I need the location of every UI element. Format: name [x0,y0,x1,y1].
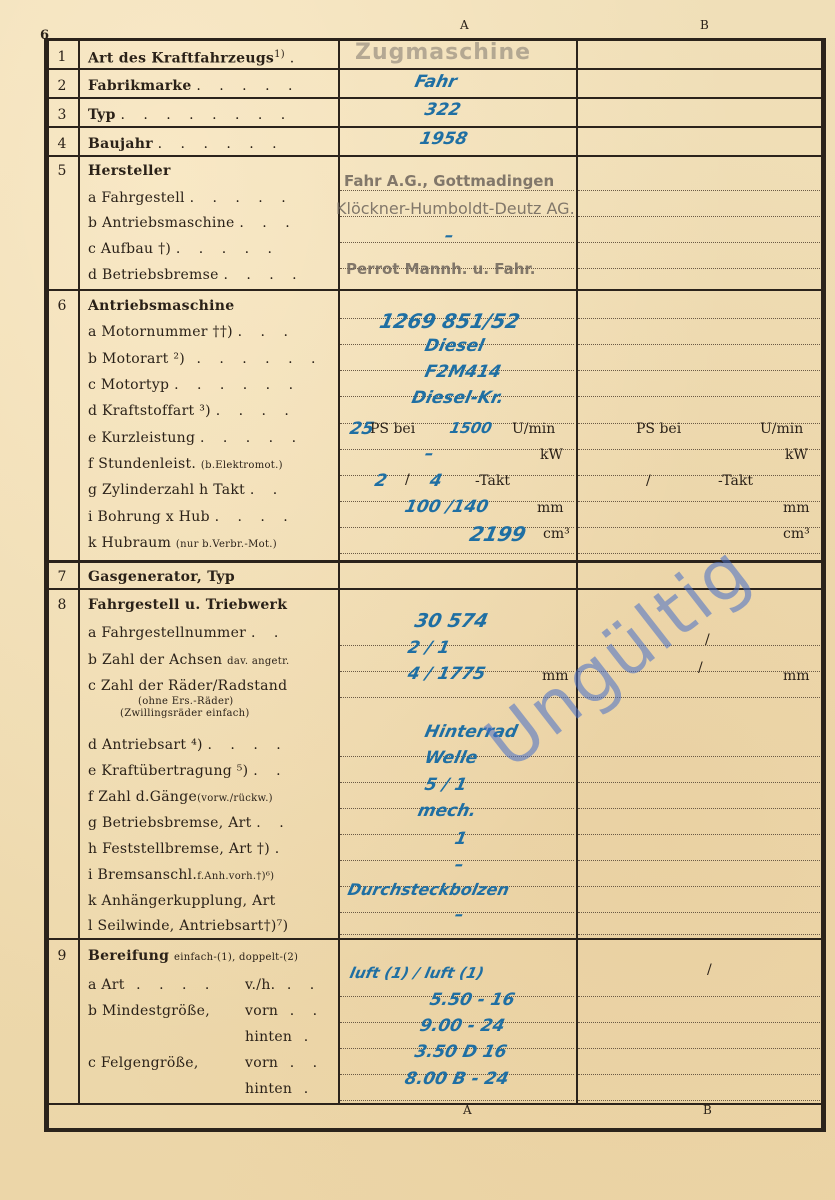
label-mindest-vorn: vorn . . [245,1003,324,1019]
dotted-rule [340,449,574,450]
unit-ps-bei: PS bei [370,421,415,437]
row-number: 8 [50,597,74,613]
value-fahrgestellnummer: 30 574 [413,610,490,632]
value-motornummer: 1269 851/52 [377,309,522,333]
dotted-rule [578,190,820,191]
row-number: 7 [50,569,74,585]
b-slash-raeder: / [698,660,703,676]
unit-kw: kW [540,447,563,463]
label-betriebsbremse: d Betriebsbremse . . . . [88,267,304,283]
label-fahrgestellnummer: a Fahrgestellnummer . . [88,625,285,641]
dotted-rule [578,1022,820,1023]
unit-u-min: U/min [512,421,555,437]
value-mindest-hinten: 9.00 - 24 [418,1016,507,1036]
b-unit-u-min: U/min [760,421,803,437]
value-felgen-vorn: 3.50 D 16 [413,1042,509,1062]
b-unit-kw: kW [785,447,808,463]
dotted-rule [578,475,820,476]
dotted-rule [340,190,574,191]
label-raeder-radstand: c Zahl der Räder/Radstand [88,678,287,694]
label-motornummer: a Motornummer ††) . . . [88,324,295,340]
label-typ: Typ . . . . . . . . [88,107,292,123]
dotted-rule [578,396,820,397]
dotted-rule [578,216,820,217]
label-bohrung-hub: i Bohrung x Hub . . . . [88,509,295,525]
value-baujahr: 1958 [418,129,470,149]
dotted-rule [578,1074,820,1075]
dotted-rule [578,370,820,371]
row-sep [49,155,821,157]
label-bereifung: Bereifung einfach-(1), doppelt-(2) [88,948,298,964]
label-achsen: b Zahl der Achsen dav. angetr. [88,652,290,668]
dotted-rule [578,268,820,269]
value-hubraum: 2199 [467,522,528,546]
label-gasgenerator: Gasgenerator, Typ [88,569,235,585]
row-sep [49,126,821,128]
row-number: 9 [50,948,74,964]
label-kraftstoffart: d Kraftstoffart ³) . . . . [88,403,296,419]
column-b-footer: B [703,1103,712,1117]
dotted-rule [578,912,820,913]
value-mindest-vorn: 5.50 - 16 [428,990,517,1010]
dotted-rule [578,886,820,887]
value-art: Zugmaschine [355,40,531,65]
dotted-rule [578,782,820,783]
column-a-footer: A [463,1103,472,1117]
b-unit-takt: -Takt [718,473,753,489]
row-number: 2 [50,78,74,94]
dotted-rule [340,553,574,554]
label-aufbau: c Aufbau †) . . . . . [88,241,279,257]
label-felgengroesse: c Felgengröße, [88,1055,199,1071]
unit-takt: -Takt [475,473,510,489]
b-slash: / [646,473,651,489]
label-antriebsart: d Antriebsart ⁴) . . . . [88,737,288,753]
value-kraftstoffart: Diesel-Kr. [410,388,506,408]
row-number: 4 [50,136,74,152]
dotted-rule [578,860,820,861]
dotted-rule [578,318,820,319]
row-sep [49,938,821,940]
dotted-rule [340,527,574,528]
label-fahrgestell: a Fahrgestell . . . . . [88,190,293,206]
value-raeder-radstand: 4 / 1775 [406,664,487,684]
label-baujahr: Baujahr . . . . . . [88,136,284,152]
label-anhaengerkupplung: k Anhängerkupplung, Art [88,893,276,909]
slash: / [405,472,410,488]
row-sep [49,68,821,70]
note-ohne-ers: (ohne Ers.-Räder) [138,696,234,707]
label-kraftuebertragung: e Kraftübertragung ⁵) . . [88,763,288,779]
dotted-rule [578,449,820,450]
value-kraftuebertragung: Welle [423,748,480,768]
b-unit-cm3: cm³ [783,526,810,542]
dotted-rule [578,1100,820,1101]
label-antriebsmaschine-section: Antriebsmaschine [88,298,234,314]
row-number: 3 [50,107,74,123]
dotted-rule [578,344,820,345]
note-zwillingsraeder: (Zwillingsräder einfach) [120,708,250,719]
value-betriebsbremse-art: mech. [416,801,478,821]
value-typ: 322 [423,100,463,120]
label-motortyp: c Motortyp . . . . . . [88,377,300,393]
dotted-rule [340,242,574,243]
dotted-rule [340,1100,574,1101]
dotted-rule [578,934,820,935]
label-bremsanschluss: i Bremsanschl.f.Anh.vorh.†)⁶) [88,867,274,883]
unit-cm3: cm³ [543,526,570,542]
value-rpm: 1500 [448,419,494,437]
row-number: 6 [50,298,74,314]
b-unit-mm: mm [783,500,810,516]
column-b-header: B [700,18,709,32]
dotted-rule [578,756,820,757]
value-anhaengerkupplung: Durchsteckbolzen [346,880,511,899]
ab-col-divider [576,40,578,1105]
label-mindest-hinten: hinten . [245,1029,315,1045]
row-sep [49,289,821,291]
label-mindestgroesse: b Mindestgröße, [88,1003,210,1019]
dotted-rule [340,934,574,935]
label-feststellbremse: h Feststellbremse, Art †) . [88,841,286,857]
b-unit-mm-radstand: mm [783,668,810,684]
value-achsen: 2 / 1 [406,638,452,658]
label-hubraum: k Hubraum (nur b.Verbr.-Mot.) [88,535,277,551]
value-motortyp: F2M414 [423,362,503,382]
label-seilwinde: l Seilwinde, Antriebsart†)⁷) [88,918,288,934]
value-reifen-art: luft (1) / luft (1) [348,964,486,982]
dotted-rule [578,834,820,835]
label-hersteller: Hersteller [88,163,171,179]
label-kurzleistung: e Kurzleistung . . . . . [88,430,303,446]
value-hersteller-fahrgestell: Fahr A.G., Gottmadingen [344,172,554,190]
unit-mm: mm [537,500,564,516]
label-vh: v./h. . . [245,977,321,993]
dotted-rule [578,242,820,243]
label-reifen-art: a Art . . . . [88,977,216,993]
value-fabrikmarke: Fahr [413,72,459,92]
label-motorart: b Motorart ²) . . . . . . [88,351,322,367]
dotted-rule [578,1048,820,1049]
num-col-divider [78,40,80,1105]
row-number: 5 [50,163,74,179]
label-felgen-hinten: hinten . [245,1081,315,1097]
value-felgen-hinten: 8.00 B - 24 [403,1069,511,1089]
label-felgen-vorn: vorn . . [245,1055,324,1071]
value-motorart: Diesel [423,336,486,356]
row-sep [49,97,821,99]
label-betriebsbremse-art: g Betriebsbremse, Art . . [88,815,291,831]
label-antriebsmaschine: b Antriebsmaschine . . . [88,215,297,231]
label-zylinderzahl-takt: g Zylinderzahl h Takt . . [88,482,284,498]
label-fahrgestell-triebwerk: Fahrgestell u. Triebwerk [88,597,287,613]
row-number: 1 [50,49,74,65]
label-stundenleistung: f Stundenleist. (b.Elektromot.) [88,456,283,472]
value-hersteller-antrieb: Klöckner-Humboldt-Deutz AG. [336,199,575,218]
value-bohrung-hub: 100 /140 [403,497,490,517]
b-slash-reifen: / [707,962,712,978]
label-art-des-kraftfahrzeugs: Art des Kraftfahrzeugs1) . [88,49,301,67]
value-hersteller-bremse: Perrot Mannh. u. Fahr. [346,260,535,278]
dotted-rule [578,808,820,809]
label-gaenge: f Zahl d.Gänge(vorw./rückw.) [88,789,273,805]
b-unit-ps-bei: PS bei [636,421,681,437]
value-gaenge: 5 / 1 [423,775,469,795]
column-a-header: A [460,18,469,32]
dotted-rule [340,645,574,646]
dotted-rule [578,996,820,997]
label-fabrikmarke: Fabrikmarke . . . . . [88,78,299,94]
